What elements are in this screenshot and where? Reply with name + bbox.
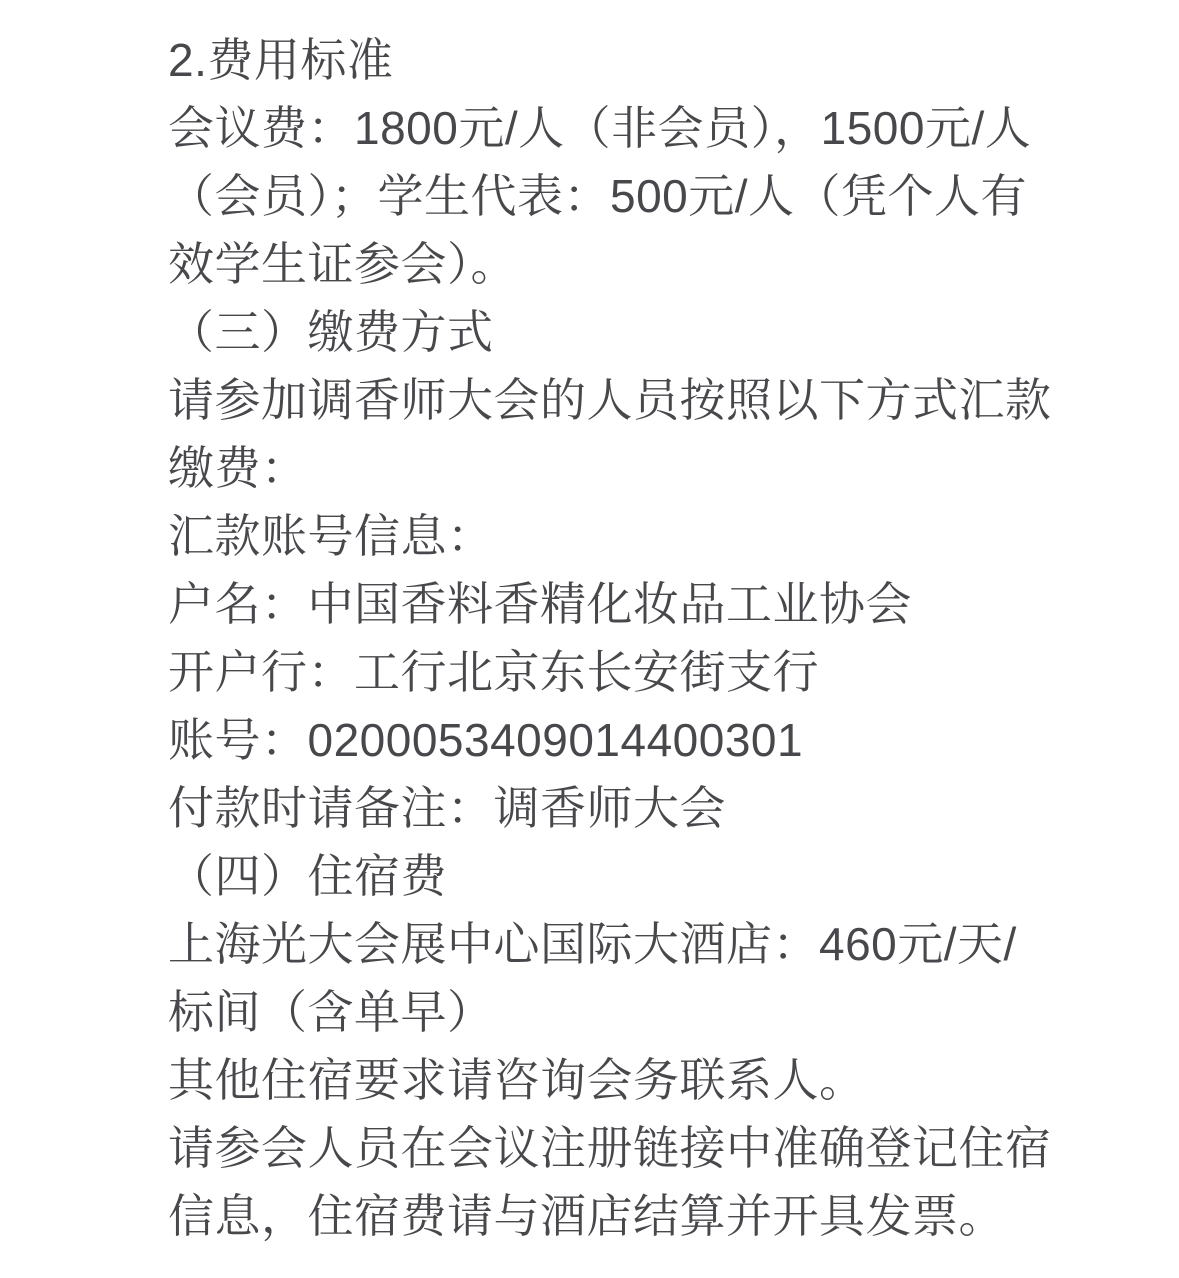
line-payment-note: 付款时请备注：调香师大会 [168, 774, 1179, 842]
line-registration-note-2: 信息，住宿费请与酒店结算并开具发票。 [168, 1182, 1179, 1250]
line-conference-fee-3: 效学生证参会）。 [168, 230, 1179, 298]
line-remittance-info-label: 汇款账号信息： [168, 502, 1179, 570]
line-hotel-rate-1: 上海光大会展中心国际大酒店：460元/天/ [168, 910, 1179, 978]
line-bank-branch: 开户行：工行北京东长安街支行 [168, 638, 1179, 706]
line-other-accommodation: 其他住宿要求请咨询会务联系人。 [168, 1046, 1179, 1114]
line-registration-note-1: 请参会人员在会议注册链接中准确登记住宿 [168, 1114, 1179, 1182]
line-hotel-rate-2: 标间（含单早） [168, 978, 1179, 1046]
heading-accommodation-fee: （四）住宿费 [168, 842, 1179, 910]
line-account-name: 户名：中国香料香精化妆品工业协会 [168, 570, 1179, 638]
line-conference-fee-1: 会议费：1800元/人（非会员），1500元/人 [168, 94, 1179, 162]
line-payment-instruction-1: 请参加调香师大会的人员按照以下方式汇款 [168, 366, 1179, 434]
line-account-number: 账号：0200053409014400301 [168, 706, 1179, 774]
document-page: 2.费用标准 会议费：1800元/人（非会员），1500元/人 （会员）；学生代… [0, 0, 1179, 1278]
line-payment-instruction-2: 缴费： [168, 434, 1179, 502]
line-conference-fee-2: （会员）；学生代表：500元/人（凭个人有 [168, 162, 1179, 230]
heading-fee-standard: 2.费用标准 [168, 26, 1179, 94]
heading-payment-method: （三）缴费方式 [168, 298, 1179, 366]
article-body: 2.费用标准 会议费：1800元/人（非会员），1500元/人 （会员）；学生代… [0, 0, 1179, 1250]
